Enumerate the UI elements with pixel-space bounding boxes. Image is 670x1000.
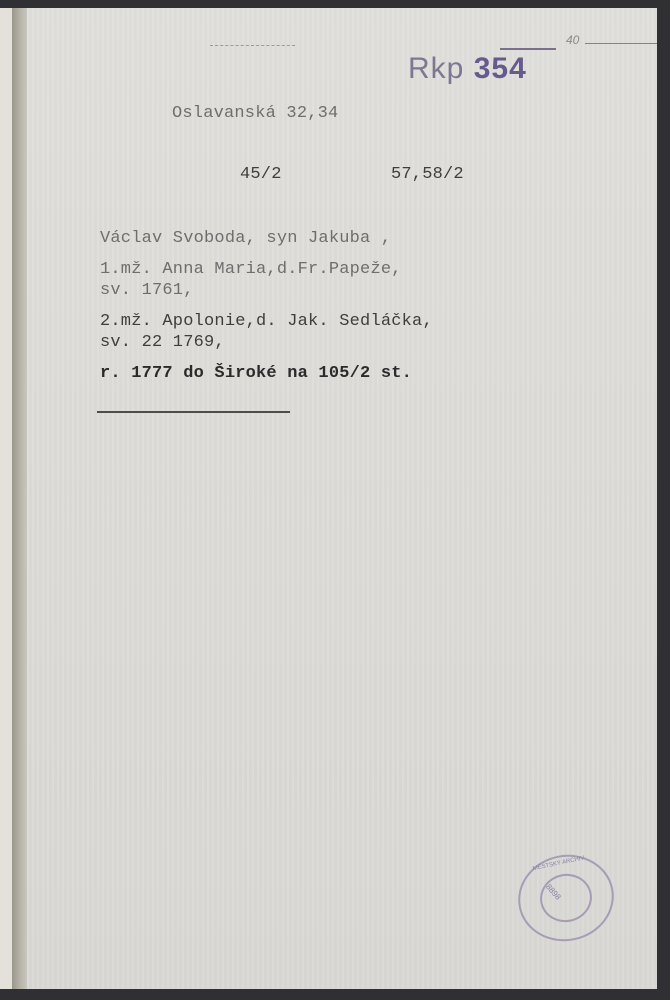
call-number-rule — [500, 48, 556, 50]
entry-line-relocation: r. 1777 do Široké na 105/2 st. — [100, 364, 412, 383]
top-dashed-rule — [210, 45, 295, 46]
call-number-stamp: Rkp 354 — [408, 52, 527, 86]
entry-line-first-marriage: 1.mž. Anna Maria,d.Fr.Papeže, — [100, 260, 402, 279]
index-card — [27, 8, 657, 989]
address-line: Oslavanská 32,34 — [172, 104, 338, 123]
pencil-line — [585, 43, 657, 44]
card-shadow-gutter — [12, 8, 27, 993]
house-number-right: 57,58/2 — [391, 165, 464, 184]
pencil-note: 40 — [566, 33, 579, 47]
entry-line-first-marriage-date: sv. 1761, — [100, 281, 194, 300]
entry-line-name: Václav Svoboda, syn Jakuba , — [100, 229, 391, 248]
adjacent-card-edge — [0, 8, 12, 993]
entry-line-second-marriage-date: sv. 22 1769, — [100, 333, 225, 352]
entry-line-second-marriage: 2.mž. Apolonie,d. Jak. Sedláčka, — [100, 312, 433, 331]
call-number-prefix: Rkp — [408, 52, 464, 85]
scanner-bottom-edge — [0, 989, 670, 1000]
call-number-value: 354 — [474, 52, 527, 85]
house-number-left: 45/2 — [240, 165, 282, 184]
bottom-rule — [97, 411, 290, 413]
seal-inner-ring — [536, 869, 597, 927]
